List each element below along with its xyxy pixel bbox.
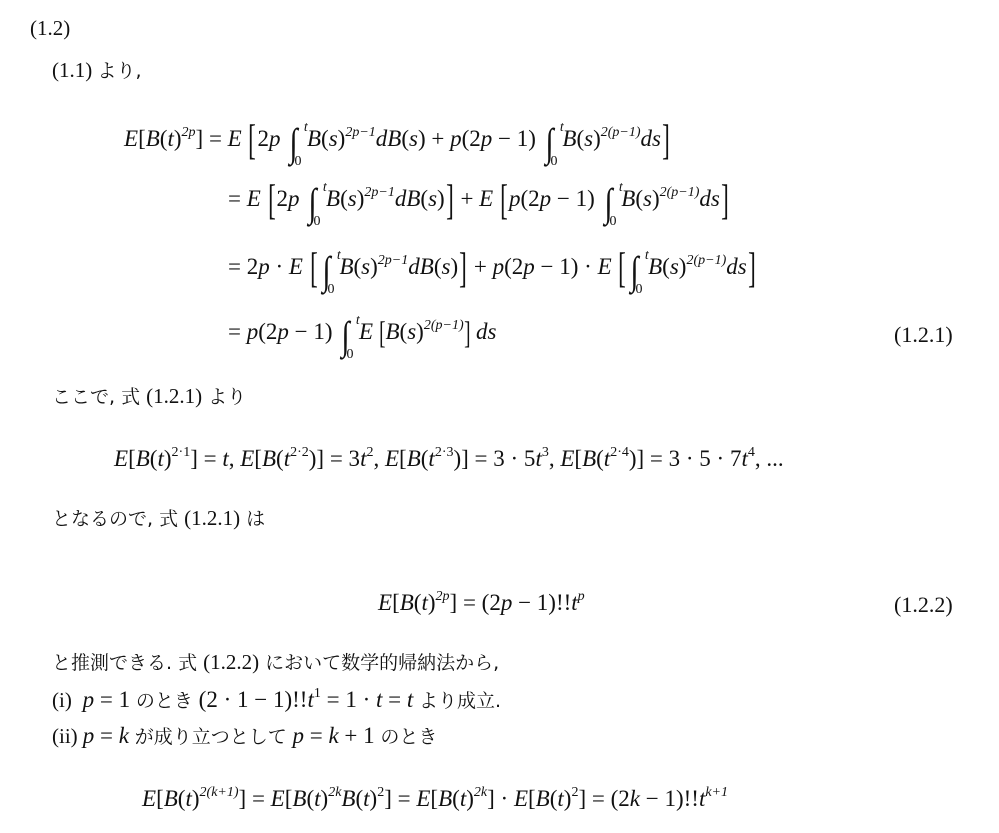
text-therefore: となるので, 式 (1.2.1) は	[52, 504, 265, 531]
text-induction: と推測できる. 式 (1.2.2) において数学的帰納法から,	[52, 648, 499, 675]
induction-step-equation: E[B(t)2(k+1)] = E[B(t)2kB(t)2] = E[B(t)2…	[142, 786, 728, 812]
equation-number-1-2-2: (1.2.2)	[894, 592, 953, 618]
derivation-line-1: E[B(t)2p] = E [2p ∫t0 B(s)2p−1dB(s) + p(…	[124, 120, 671, 163]
derivation-line-2: = E [2p ∫t0 B(s)2p−1dB(s)] + E [p(2p − 1…	[228, 180, 730, 223]
case-i-label: (i)	[52, 688, 72, 712]
section-number: (1.2)	[30, 16, 70, 41]
derivation-line-3: = 2p · E [∫t0 B(s)2p−1dB(s)] + p(2p − 1)…	[228, 248, 757, 291]
derivation-line-4: = p(2p − 1) ∫t0 E [B(s)2(p−1)] ds	[228, 316, 496, 356]
case-ii: (ii) p = k が成り立つとして p = k + 1 のとき	[52, 722, 437, 749]
equation-number-1-2-1: (1.2.1)	[894, 322, 953, 348]
case-i: (i) p = 1 のとき (2 · 1 − 1)!!t1 = 1 · t = …	[52, 686, 501, 713]
examples-equation: E[B(t)2·1] = t, E[B(t2·2)] = 3t2, E[B(t2…	[114, 446, 784, 472]
conjecture-equation: E[B(t)2p] = (2p − 1)!!tp	[378, 590, 585, 616]
case-ii-label: (ii)	[52, 724, 78, 748]
text-here-from: ここで, 式 (1.2.1) より	[52, 382, 246, 409]
intro-text: (1.1) より,	[52, 56, 142, 83]
